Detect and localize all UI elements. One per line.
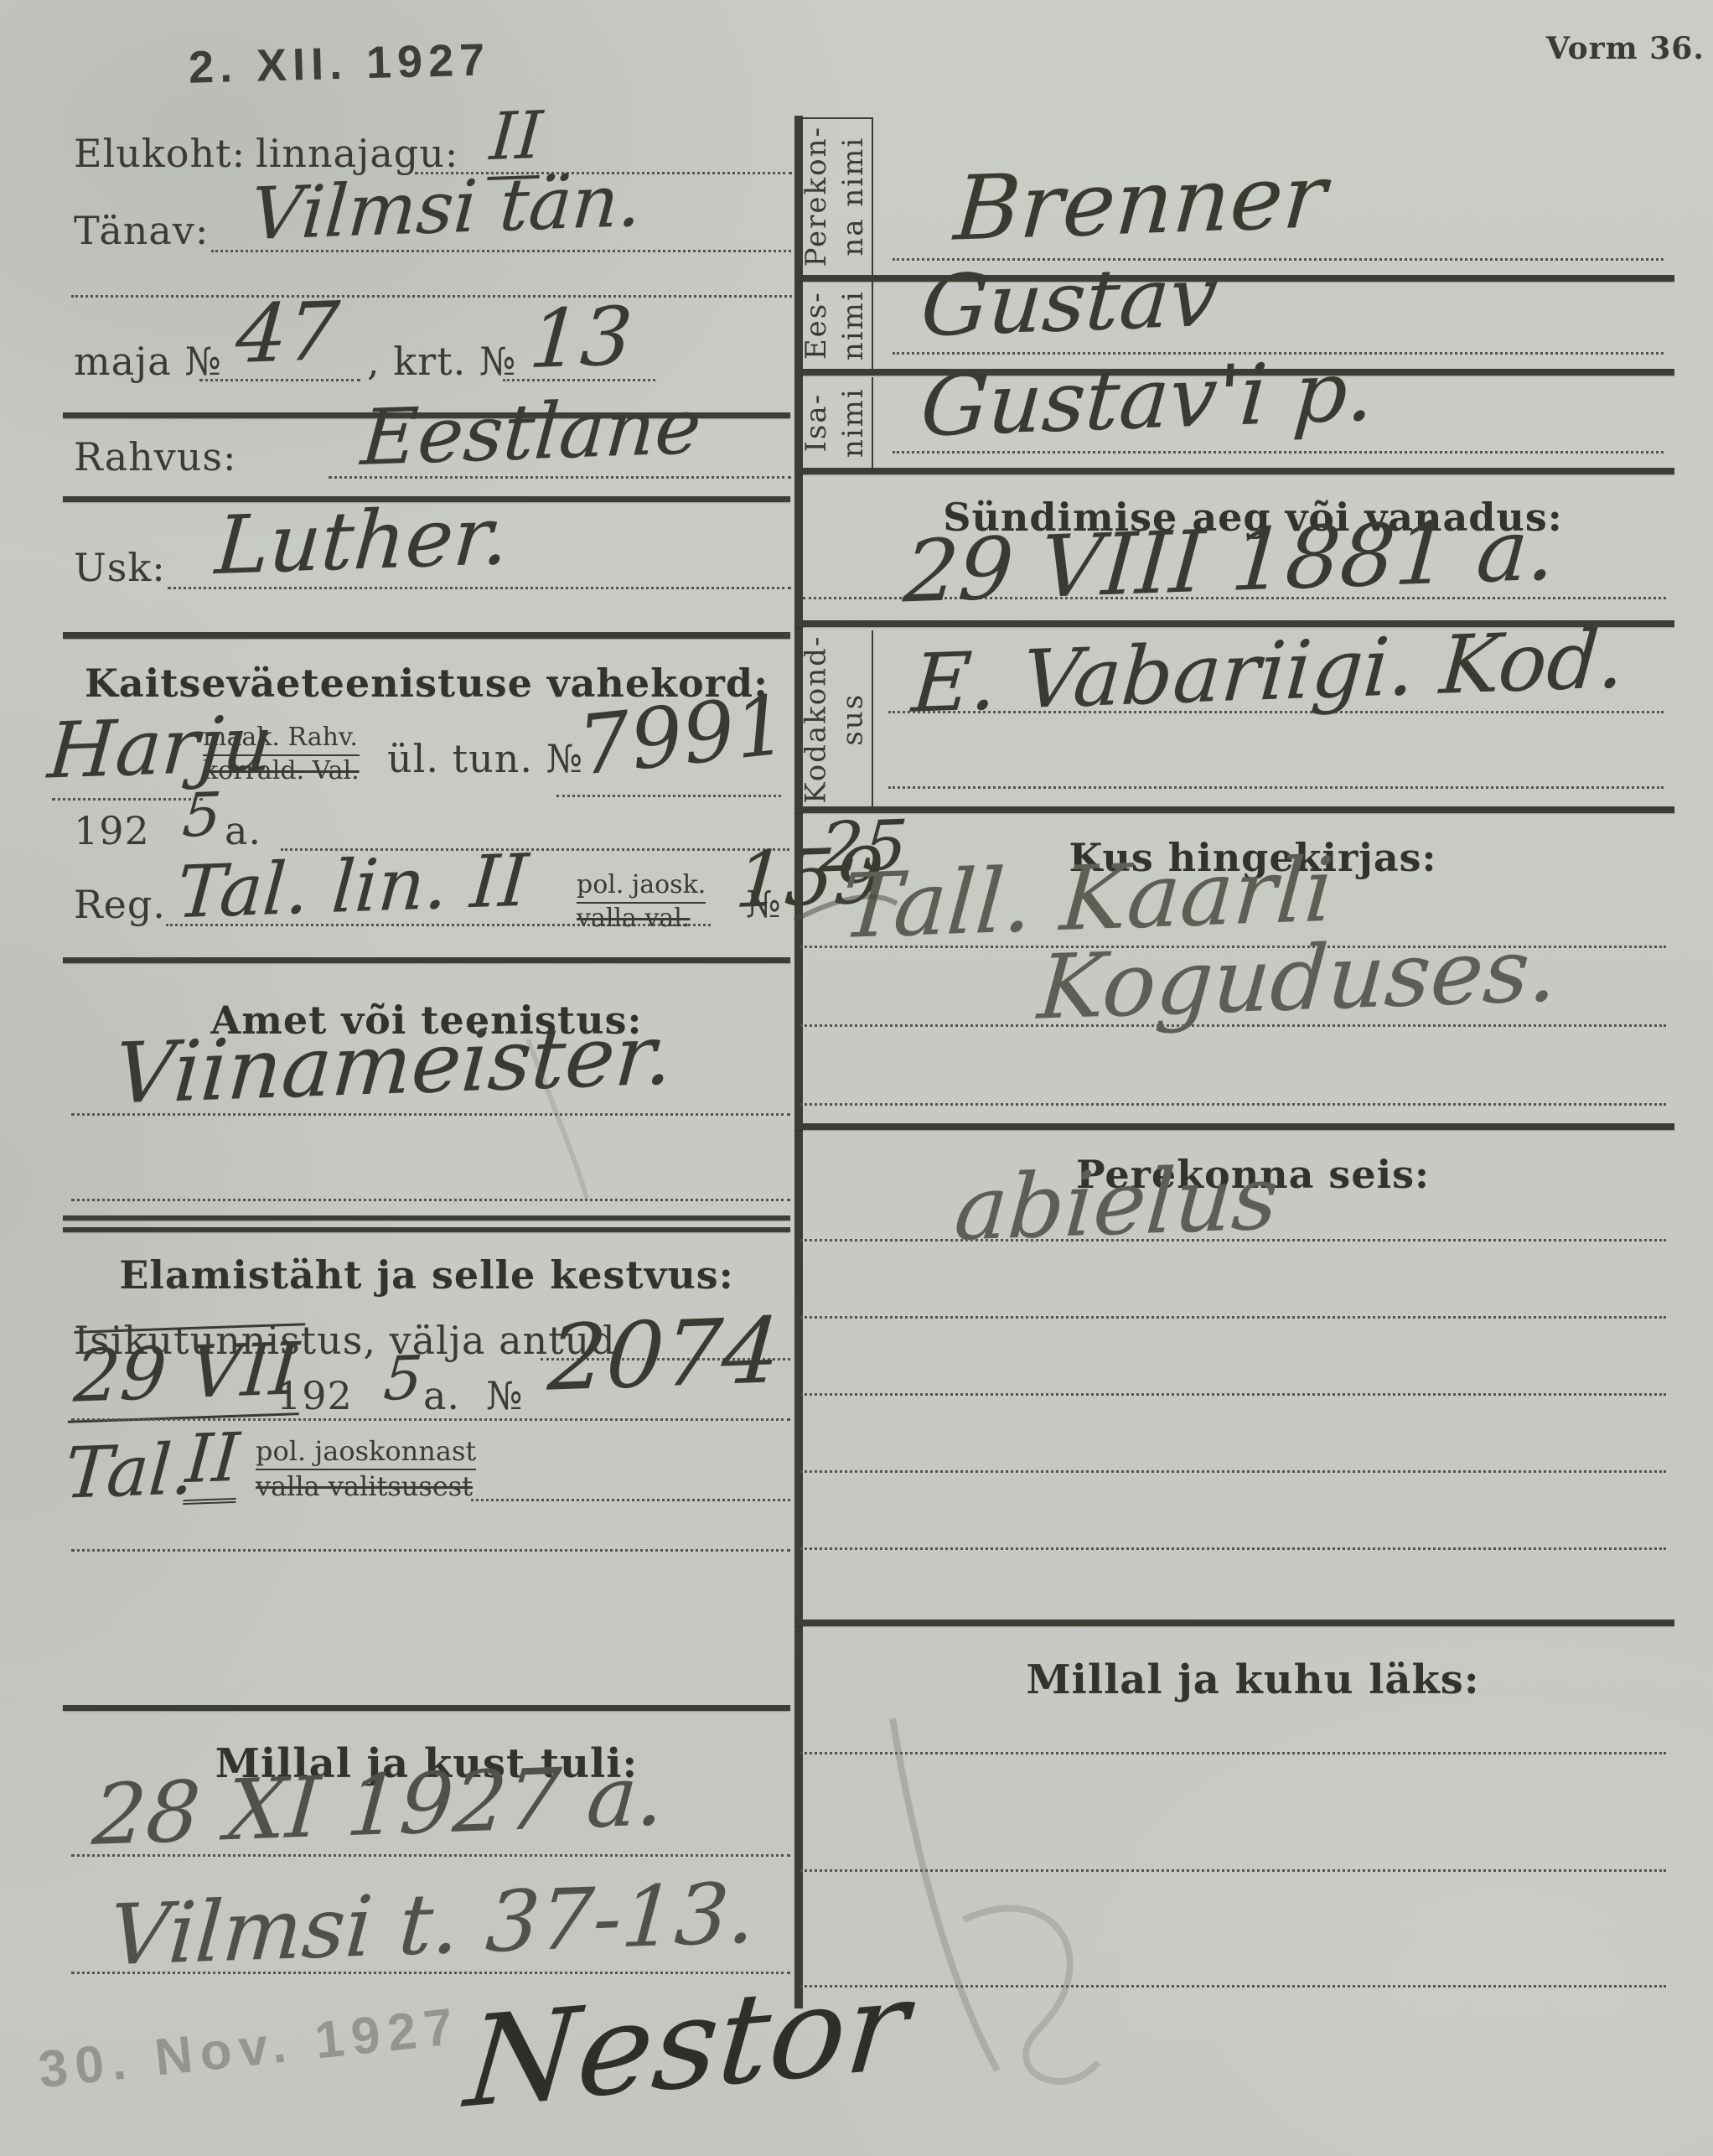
perekonnanimi-label: Perekon- na nimi (796, 117, 873, 275)
military-mid-label: ül. tun. № (387, 739, 583, 778)
military-year-hand: 5 (181, 785, 224, 844)
reg-value: Tal. lin. II (174, 847, 530, 928)
horizontal-rule (63, 1227, 790, 1232)
empty-dotted-line (800, 1393, 1666, 1396)
kodakondsus-label: Kodakond- sus (796, 630, 873, 808)
registered-date-stamp: 30. Nov. 1927 (36, 1997, 463, 2100)
stack-top: pol. jaoskonnast (256, 1435, 476, 1470)
empty-dotted-line (800, 1752, 1666, 1754)
perekonnanimi-value: Brenner (952, 154, 1329, 251)
horizontal-rule (63, 1705, 790, 1711)
empty-dotted-line (800, 1470, 1666, 1473)
military-stack: maak. Rahv. korrald. Val. (203, 723, 360, 786)
empty-dotted-line (71, 1199, 790, 1201)
isanimi-label: Isa- nimi (796, 377, 873, 468)
laks-heading: Millal ja kuhu läks: (838, 1660, 1668, 1700)
elamistaht-heading: Elamistäht ja selle kestvus: (63, 1256, 790, 1294)
horizontal-rule (796, 468, 1674, 474)
maja-label: maja № (74, 342, 222, 381)
reg-label: Reg. (74, 885, 166, 924)
military-year-printed: 192 (74, 811, 150, 850)
rahvus-label: Rahvus: (74, 438, 236, 476)
empty-dotted-line (71, 295, 792, 298)
sundimine-value: 29 VIII 1881 a. (901, 510, 1558, 614)
horizontal-rule (796, 1123, 1674, 1130)
eesnimi-value: Gustav (919, 257, 1220, 346)
eesnimi-label: Ees- nimi (796, 282, 873, 369)
isiku-dotted-line (71, 1418, 790, 1421)
isanimi-value: Gustav'i p. (919, 351, 1377, 447)
empty-dotted-line (800, 1985, 1666, 1988)
military-number-dotted-line (556, 795, 781, 797)
empty-dotted-line (800, 1869, 1666, 1872)
empty-dotted-line (800, 1547, 1666, 1550)
stack-top: maak. Rahv. (203, 723, 360, 756)
tuli-date-value: 28 XI 1927 a. (91, 1755, 667, 1855)
krt-value: 13 (527, 298, 635, 378)
isiku-number-value: 2074 (546, 1309, 783, 1402)
reg-stack: pol. jaosk. valla val. (577, 870, 706, 934)
linnajagu-value: II (488, 105, 544, 168)
usk-label: Usk: (74, 548, 166, 587)
stack-bottom-struck: korrald. Val. (203, 756, 360, 786)
isiku-date-value: 29 VII (69, 1335, 304, 1412)
isiku2-dotted-line (471, 1499, 790, 1501)
form-number: Vorm 36. (1546, 34, 1705, 64)
empty-dotted-line (71, 1549, 790, 1552)
empty-dotted-line (800, 1316, 1666, 1319)
rahvus-value: Eestlane (359, 390, 703, 474)
seis-value: abielus (952, 1156, 1281, 1252)
isiku-year-hand: 5 (382, 1349, 425, 1407)
isiku-stack: pol. jaoskonnast valla valitsusest (256, 1435, 476, 1503)
horizontal-rule (63, 632, 790, 639)
county-dotted-line (52, 798, 203, 801)
tanav-value: Vilmsi tän. (248, 168, 644, 250)
stack-top: pol. jaosk. (577, 870, 706, 904)
elukoht-label: Elukoht: (74, 134, 246, 173)
horizontal-rule (63, 957, 790, 963)
tanav-label: Tänav: (74, 211, 209, 250)
signature: Nestor (462, 1967, 913, 2123)
isiku-district-value: II (184, 1426, 241, 1491)
stack-bottom-struck: valla val. (577, 904, 706, 934)
registration-card: Vorm 36. 2. XII. 1927 Elukoht: linnajagu… (0, 0, 1713, 2156)
isiku-year-printed: 192 (277, 1376, 353, 1415)
military-number-value: 7991 (575, 687, 791, 786)
usk-value: Luther. (213, 498, 511, 584)
maja-value: 47 (234, 293, 342, 373)
amet-value: Viinameister. (112, 1014, 675, 1113)
stack-bottom-struck: valla valitsusest (256, 1470, 476, 1502)
kodakondsus-value: E. Vabariigi. Kod. (910, 621, 1628, 723)
received-date-stamp: 2. XII. 1927 (188, 34, 491, 93)
empty-dotted-line (888, 786, 1664, 789)
isiku-no-label: № (486, 1376, 524, 1415)
hingekiri-value-2: Koguduses. (1036, 928, 1561, 1030)
krt-label: , krt. № (367, 342, 516, 381)
horizontal-rule (63, 1215, 790, 1221)
tuli-address-value: Vilmsi t. 37-13. (106, 1874, 758, 1976)
military-year-suffix: a. (225, 811, 261, 850)
isiku-place-value: Tal. (63, 1436, 196, 1507)
horizontal-rule (796, 806, 1674, 813)
isiku-year-suffix: a. (423, 1376, 460, 1415)
horizontal-rule (796, 1620, 1674, 1626)
empty-dotted-line (800, 1103, 1666, 1106)
